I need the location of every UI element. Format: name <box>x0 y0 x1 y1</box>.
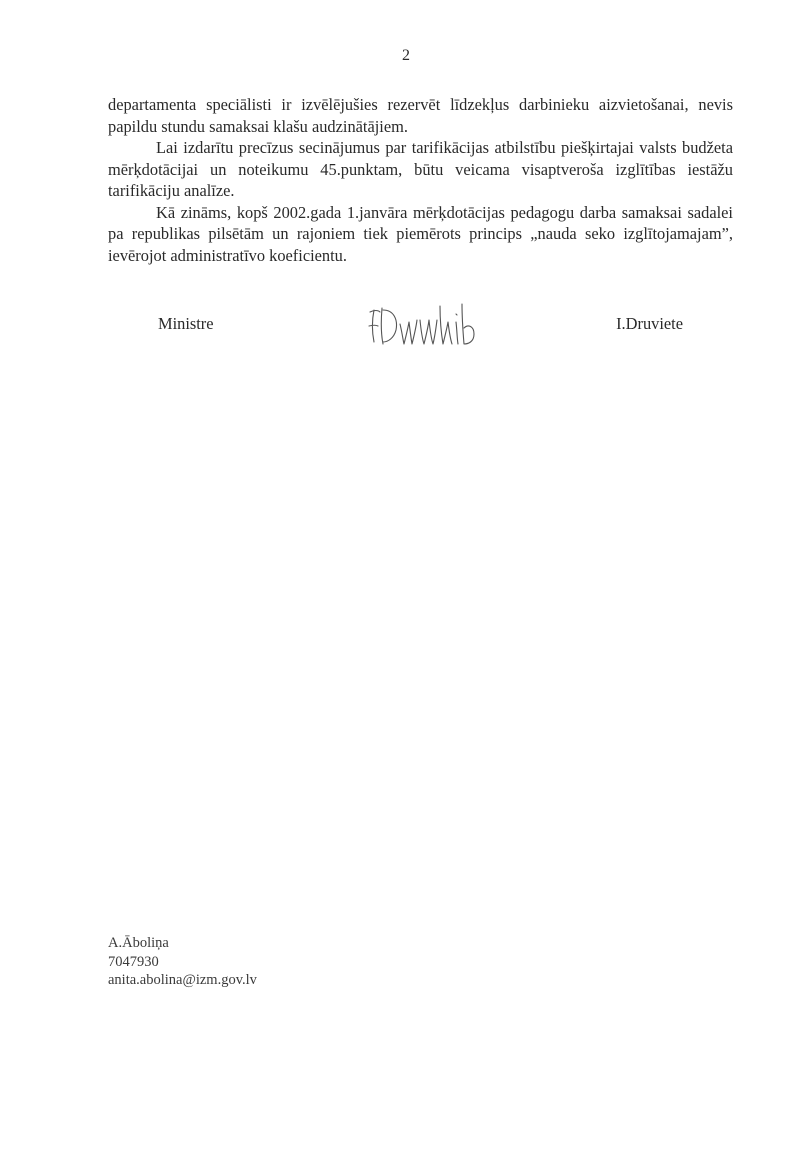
signature-block: Ministre I.Druviete <box>108 302 733 352</box>
signatory-title: Ministre <box>158 314 214 334</box>
document-body: departamenta speciālisti ir izvēlējušies… <box>108 94 733 266</box>
signatory-name: I.Druviete <box>616 314 683 334</box>
signature-icon <box>364 298 488 350</box>
contact-phone: 7047930 <box>108 953 257 972</box>
page-number: 2 <box>0 46 812 66</box>
paragraph-continuation: departamenta speciālisti ir izvēlējušies… <box>108 94 733 137</box>
paragraph-tarification-analysis: Lai izdarītu precīzus secinājumus par ta… <box>108 137 733 202</box>
contact-author: A.Āboliņa <box>108 934 257 953</box>
contact-block: A.Āboliņa 7047930 anita.abolina@izm.gov.… <box>108 934 257 990</box>
contact-email: anita.abolina@izm.gov.lv <box>108 971 257 990</box>
paragraph-funding-principle: Kā zināms, kopš 2002.gada 1.janvāra mērķ… <box>108 202 733 267</box>
